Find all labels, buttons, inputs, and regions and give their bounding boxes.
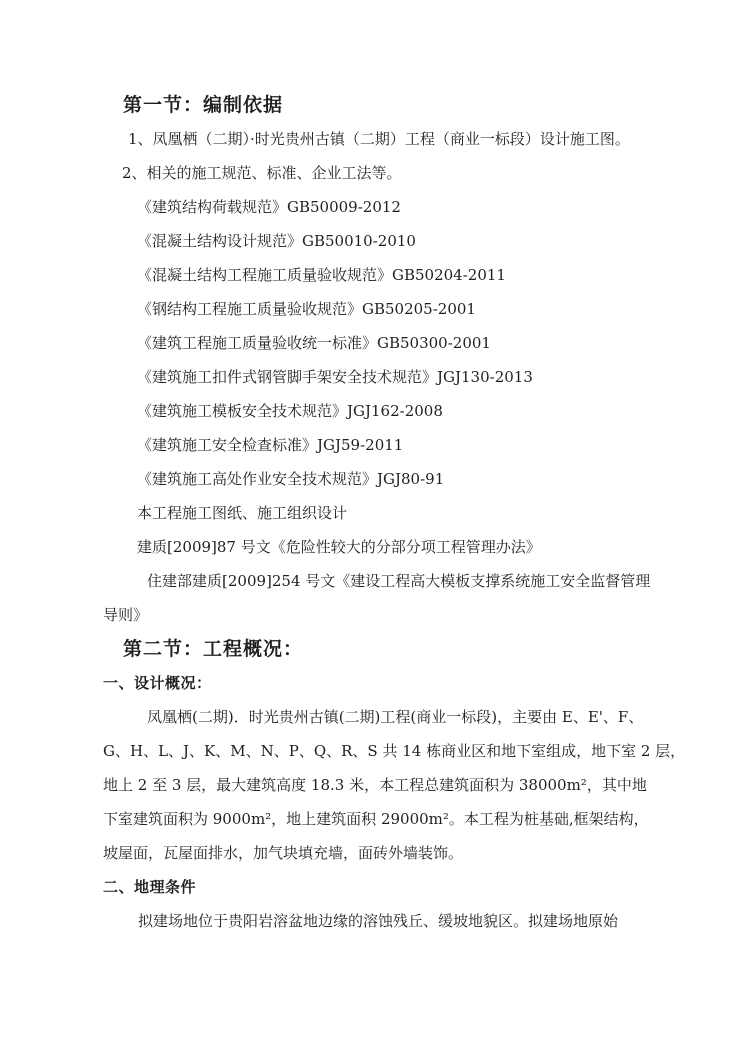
design-overview-line2: G、H、L、J、K、M、N、P、Q、R、S 共 14 栋商业区和地下室组成，地下… bbox=[103, 734, 651, 768]
geography-subheading: 二、地理条件 bbox=[103, 870, 651, 904]
design-overview-line1: 凤凰栖(二期)．时光贵州古镇(二期)工程(商业一标段)，主要由 E、E'、F、 bbox=[103, 700, 651, 734]
s1-item-related-standards: 2、相关的施工规范、标准、企业工法等。 bbox=[103, 156, 651, 190]
regulation-line-jgj59: 《建筑施工安全检查标准》JGJ59-2011 bbox=[103, 428, 651, 462]
document-page: 第一节：编制依据 1、凤凰栖（二期）·时光贵州古镇（二期）工程（商业一标段）设计… bbox=[0, 0, 744, 1052]
s1-item-design-drawings: 1、凤凰栖（二期）·时光贵州古镇（二期）工程（商业一标段）设计施工图。 bbox=[103, 122, 651, 156]
regulation-line-gb50205: 《钢结构工程施工质量验收规范》GB50205-2001 bbox=[103, 292, 651, 326]
regulation-line-jgj80: 《建筑施工高处作业安全技术规范》JGJ80-91 bbox=[103, 462, 651, 496]
section2-heading: 第二节：工程概况： bbox=[103, 632, 651, 666]
regulation-line-gb50010: 《混凝土结构设计规范》GB50010-2010 bbox=[103, 224, 651, 258]
regulation-line-jgj130: 《建筑施工扣件式钢管脚手架安全技术规范》JGJ130-2013 bbox=[103, 360, 651, 394]
document-content: 第一节：编制依据 1、凤凰栖（二期）·时光贵州古镇（二期）工程（商业一标段）设计… bbox=[103, 88, 651, 938]
design-overview-line4: 下室建筑面积为 9000m²，地上建筑面积 29000m²。本工程为桩基础,框架… bbox=[103, 802, 651, 836]
regulation-line-gb50009: 《建筑结构荷载规范》GB50009-2012 bbox=[103, 190, 651, 224]
geography-line1: 拟建场地位于贵阳岩溶盆地边缘的溶蚀残丘、缓坡地貌区。拟建场地原始 bbox=[103, 904, 651, 938]
design-overview-line3: 地上 2 至 3 层，最大建筑高度 18.3 米，本工程总建筑面积为 38000… bbox=[103, 768, 651, 802]
s1-item-project-drawings: 本工程施工图纸、施工组织设计 bbox=[103, 496, 651, 530]
regulation-line-jgj162: 《建筑施工模板安全技术规范》JGJ162-2008 bbox=[103, 394, 651, 428]
design-overview-subheading: 一、设计概况： bbox=[103, 666, 651, 700]
section1-heading: 第一节：编制依据 bbox=[103, 88, 651, 122]
design-overview-line5: 坡屋面，瓦屋面排水，加气块填充墙，面砖外墙装饰。 bbox=[103, 836, 651, 870]
regulation-line-gb50300: 《建筑工程施工质量验收统一标准》GB50300-2001 bbox=[103, 326, 651, 360]
s1-item-jianzhi-254-line1: 住建部建质[2009]254 号文《建设工程高大模板支撑系统施工安全监督管理 bbox=[103, 564, 651, 598]
s1-item-jianzhi-254-line2: 导则》 bbox=[103, 598, 651, 632]
regulation-line-gb50204: 《混凝土结构工程施工质量验收规范》GB50204-2011 bbox=[103, 258, 651, 292]
s1-item-jianzhi-87: 建质[2009]87 号文《危险性较大的分部分项工程管理办法》 bbox=[103, 530, 651, 564]
